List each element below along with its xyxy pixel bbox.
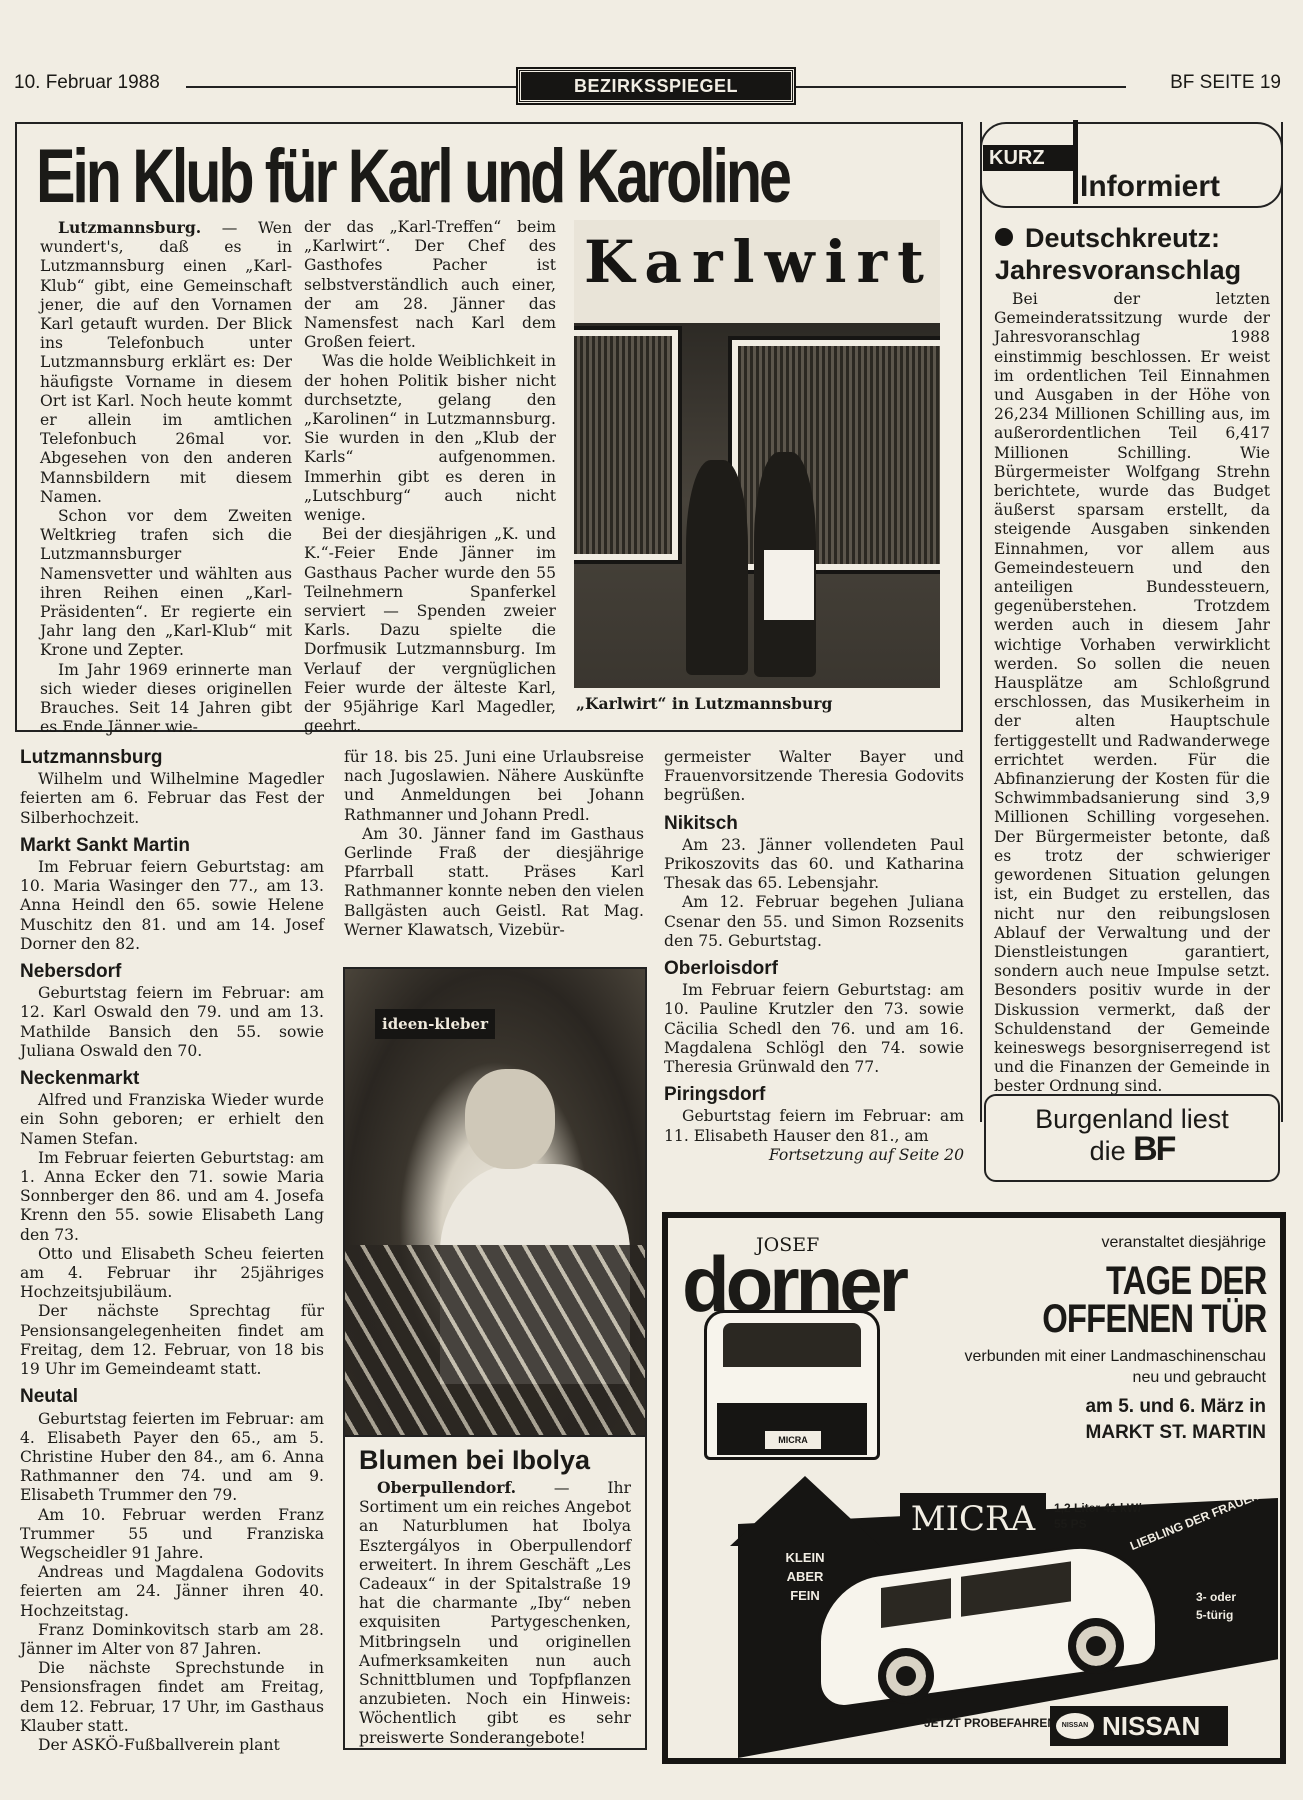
header-rule-right bbox=[796, 86, 1126, 88]
kurz-heading: Deutschkreutz: Jahresvoranschlag bbox=[995, 222, 1241, 286]
wheel-icon bbox=[1068, 1618, 1124, 1674]
blumen-dateline: Oberpullendorf. bbox=[377, 1478, 516, 1497]
main-article-col2: der das „Karl-Treffen“ beim „Karlwirt“. … bbox=[304, 218, 556, 736]
ad-headline: TAGE DER OFFENEN TÜR bbox=[1042, 1262, 1266, 1338]
issue-date: 10. Februar 1988 bbox=[14, 72, 160, 94]
bf-promo-box: Burgenland liest die BF bbox=[984, 1094, 1280, 1182]
main-article-col1: Lutzmannsburg. — Wen wundert's, daß es i… bbox=[40, 218, 292, 737]
micra-label: MICRA bbox=[900, 1493, 1046, 1545]
dateline: Lutzmannsburg. bbox=[58, 218, 201, 237]
nissan-badge-icon: NISSAN bbox=[1056, 1713, 1094, 1739]
blumen-article: Blumen bei Ibolya Oberpullendorf. — Ihr … bbox=[343, 1437, 647, 1750]
subhead-oberloisdorf: Oberloisdorf bbox=[664, 959, 964, 978]
blumen-headline: Blumen bei Ibolya bbox=[359, 1445, 631, 1476]
informiert-word: Informiert bbox=[1080, 170, 1220, 204]
continued-note: Fortsetzung auf Seite 20 bbox=[664, 1146, 964, 1165]
news-col2: für 18. bis 25. Juni eine Urlaubsreise n… bbox=[344, 748, 644, 940]
bullet-icon bbox=[995, 228, 1013, 246]
header-rule-left bbox=[186, 86, 516, 88]
wheel-icon bbox=[878, 1648, 934, 1704]
subhead-neutal: Neutal bbox=[20, 1387, 324, 1406]
ibolya-photo: ideen-kleber bbox=[343, 967, 647, 1437]
karlwirt-photo: Karlwirt bbox=[574, 220, 940, 688]
kurz-body: Bei der letzten Gemeinderatssitzung wurd… bbox=[994, 290, 1270, 1097]
dorner-nissan-ad: JOSEF dorner veranstaltet diesjährige TA… bbox=[662, 1212, 1286, 1764]
subhead-piringsdorf: Piringsdorf bbox=[664, 1085, 964, 1104]
subhead-lutzmannsburg: Lutzmannsburg bbox=[20, 748, 324, 767]
subhead-markt-sankt-martin: Markt Sankt Martin bbox=[20, 836, 324, 855]
news-col3: germeister Walter Bayer und Frauenvorsit… bbox=[664, 748, 964, 1165]
page-number: BF SEITE 19 bbox=[1170, 72, 1281, 94]
car-front-illustration: MICRA bbox=[704, 1310, 880, 1460]
photo-caption: „Karlwirt“ in Lutzmannsburg bbox=[576, 694, 832, 713]
news-col1: Lutzmannsburg Wilhelm und Wilhelmine Mag… bbox=[20, 748, 324, 1755]
section-label: BEZIRKSSPIEGEL bbox=[518, 69, 794, 103]
bf-logo: BF bbox=[1133, 1130, 1174, 1168]
kurz-logo-bar bbox=[1073, 120, 1078, 204]
subhead-neckenmarkt: Neckenmarkt bbox=[20, 1069, 324, 1088]
kurz-tag: KURZ bbox=[983, 145, 1073, 171]
main-headline: Ein Klub für Karl und Karoline bbox=[36, 133, 789, 220]
nissan-logo: NISSAN NISSAN bbox=[1050, 1706, 1228, 1746]
subhead-nikitsch: Nikitsch bbox=[664, 814, 964, 833]
subhead-nebersdorf: Nebersdorf bbox=[20, 962, 324, 981]
